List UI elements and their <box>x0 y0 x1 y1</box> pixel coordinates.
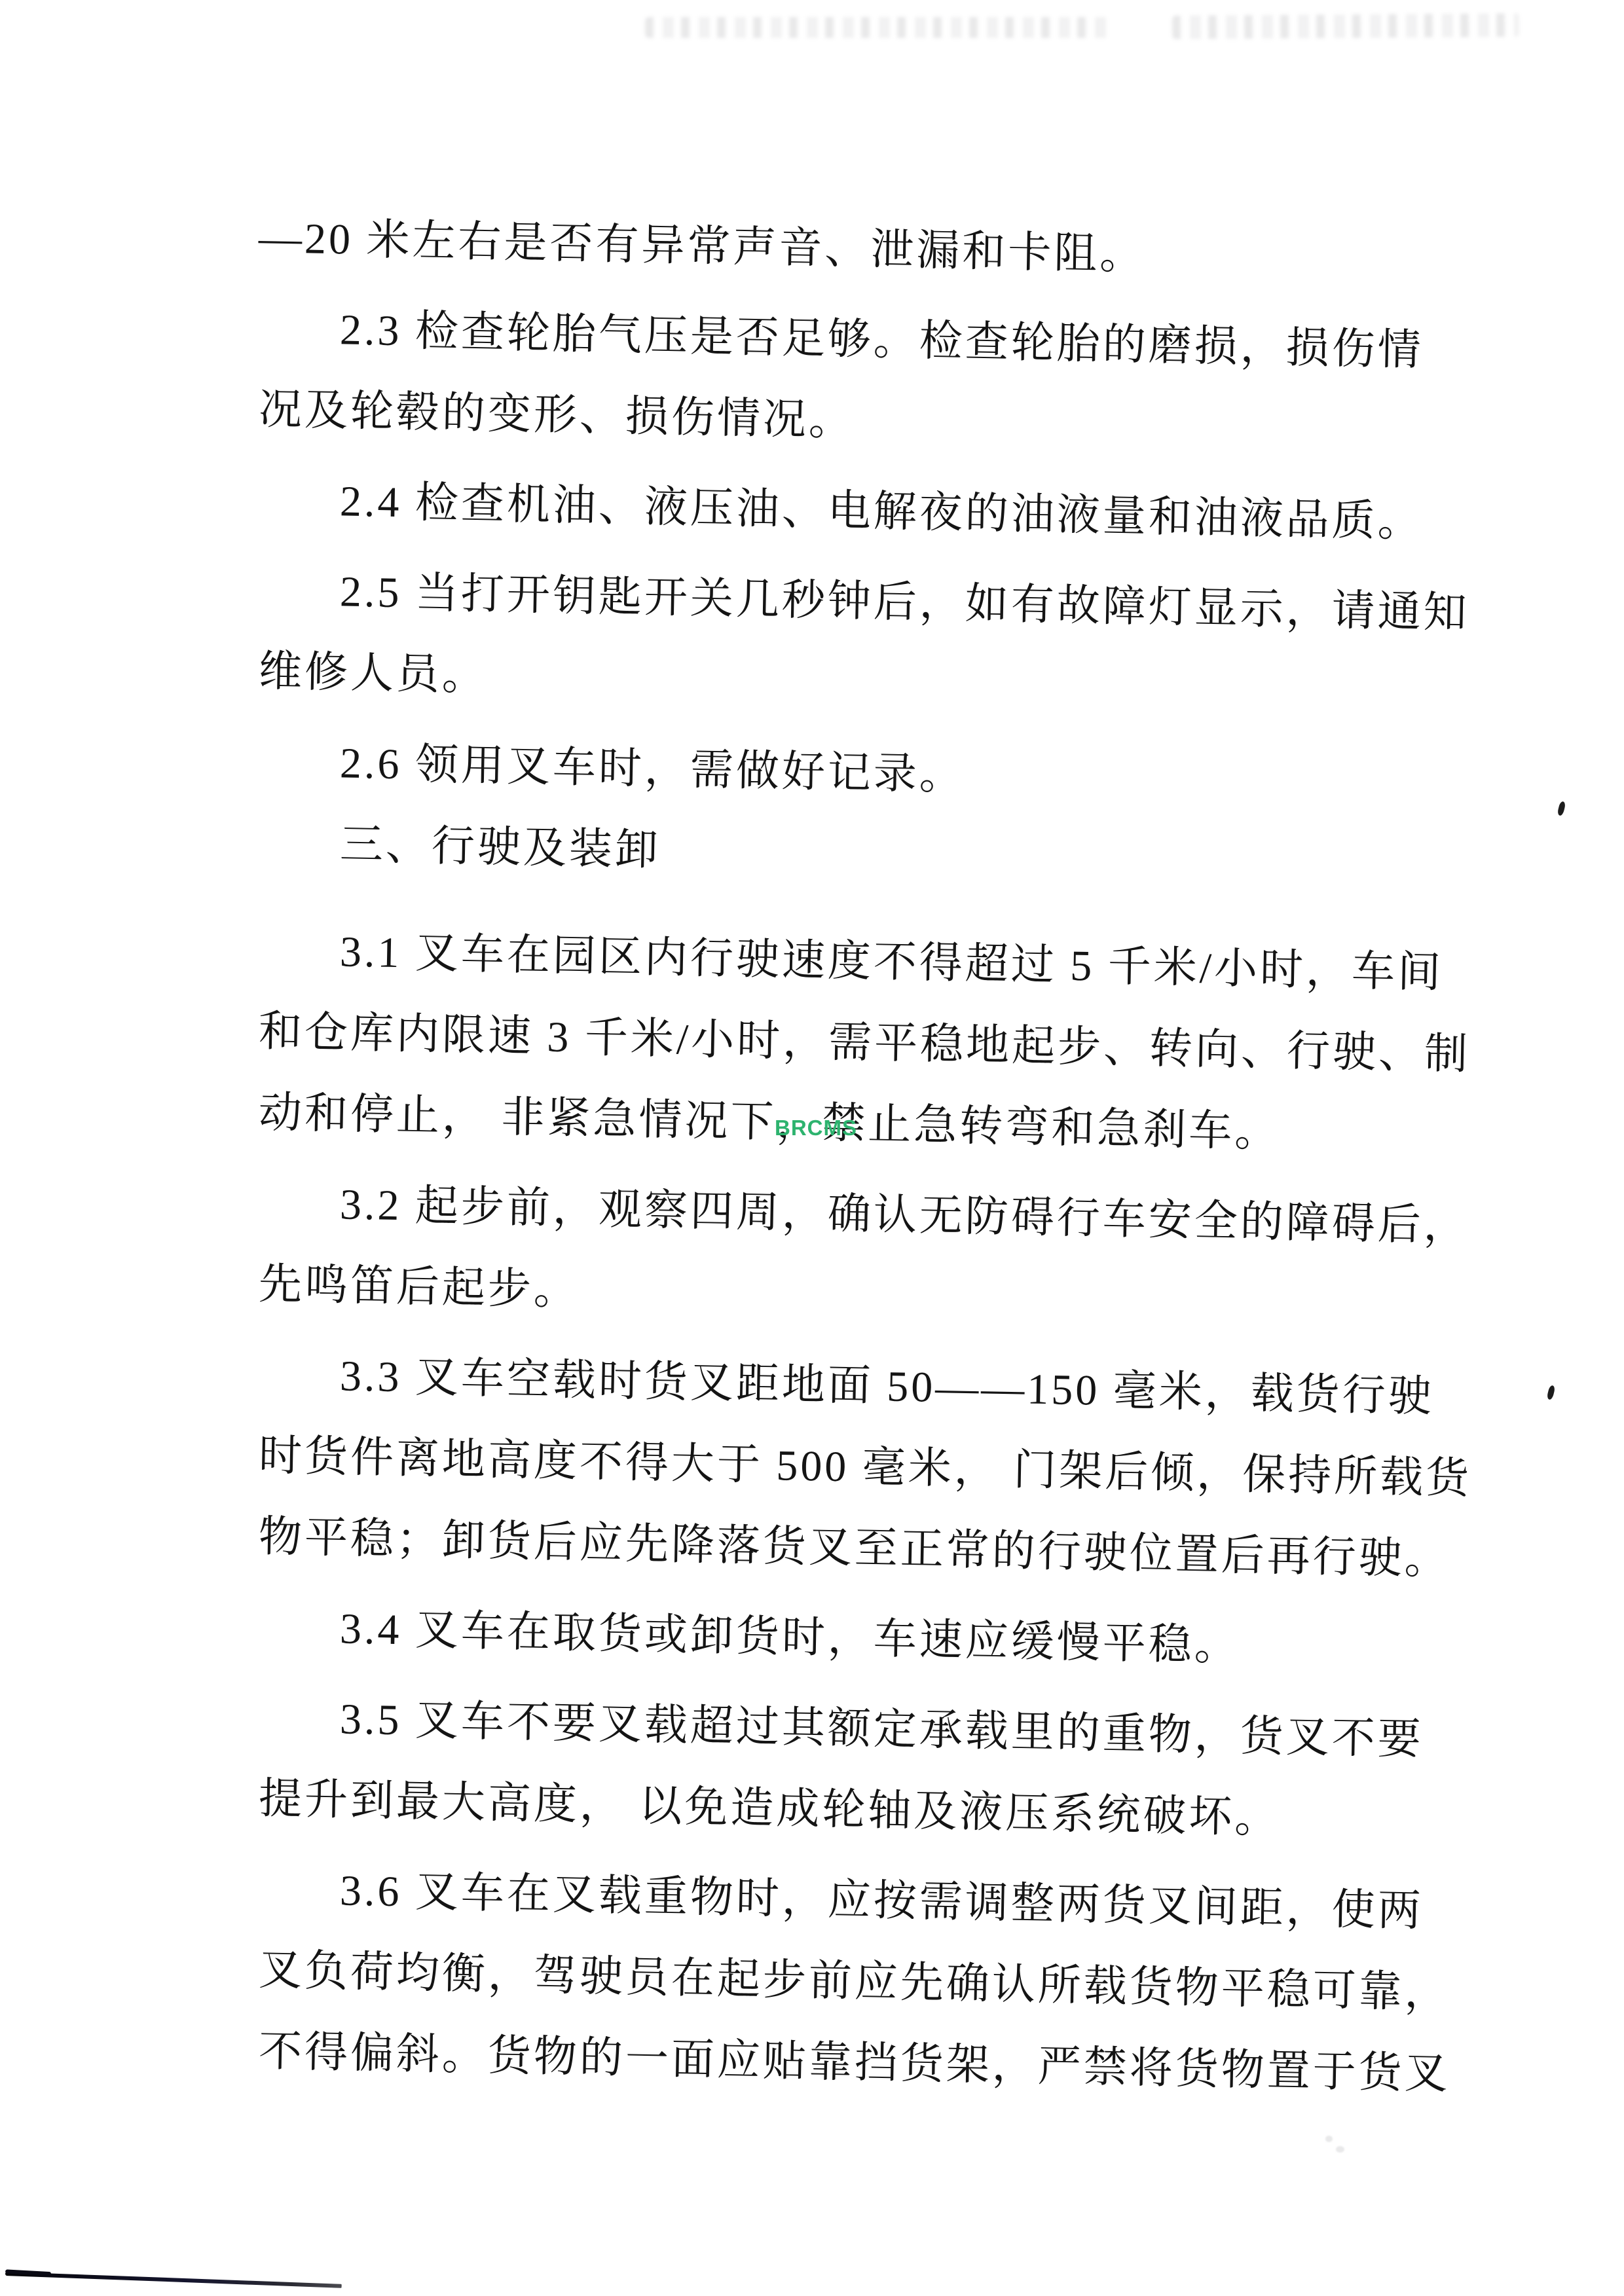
paragraph: 2.3 检查轮胎气压是否足够。检查轮胎的磨损，损伤情况及轮毂的变形、损伤情况。 <box>259 288 1464 450</box>
paragraph: 2.5 当打开钥匙开关几秒钟后，如有故障灯显示，请通知维修人员。 <box>259 550 1464 712</box>
scan-streak-bottom-left <box>5 2272 342 2288</box>
paragraph: 2.4 检查机油、液压油、电解夜的油液量和油液品质。 <box>259 460 1464 541</box>
scanned-document-page: —20 米左右是否有异常声音、泄漏和卡阻。2.3 检查轮胎气压是否足够。检查轮胎… <box>0 0 1624 2296</box>
paragraph: 3.4 叉车在取货或卸货时，车速应缓慢平稳。 <box>259 1587 1464 1668</box>
paragraph: —20 米左右是否有异常声音、泄漏和卡阻。 <box>259 198 1464 279</box>
paragraph: 3.6 叉车在叉载重物时，应按需调整两货叉间距，使两叉负荷均衡，驾驶员在起步前应… <box>259 1849 1464 2092</box>
text-line: 2.4 检查机油、液压油、电解夜的油液量和油液品质。 <box>258 460 1464 564</box>
paragraph: 3.2 起步前，观察四周，确认无防碍行车安全的障碍后，先鸣笛后起步。 <box>259 1163 1464 1325</box>
paragraph: 3.1 叉车在园区内行驶速度不得超过 5 千米/小时，车间和仓库内限速 3 千米… <box>259 910 1464 1154</box>
text-line: —20 米左右是否有异常声音、泄漏和卡阻。 <box>258 198 1464 302</box>
bleed-through-top-left <box>645 17 1113 38</box>
ink-speck-right-margin-2 <box>1546 1385 1555 1400</box>
brcms-watermark: BRCMS <box>775 1116 857 1140</box>
document-body: —20 米左右是否有异常声音、泄漏和卡阻。2.3 检查轮胎气压是否足够。检查轮胎… <box>259 198 1464 2092</box>
faint-speck-2 <box>1336 2146 1344 2153</box>
bleed-through-top-right <box>1172 13 1519 39</box>
text-line: 3.4 叉车在取货或卸货时，车速应缓慢平稳。 <box>258 1587 1464 1691</box>
paragraph: 3.3 叉车空载时货叉距地面 50——150 毫米，载货行驶时货件离地高度不得大… <box>259 1334 1464 1578</box>
ink-speck-right-margin-1 <box>1557 801 1566 816</box>
faint-speck-1 <box>1325 2136 1333 2142</box>
paragraph: 3.5 叉车不要叉载超过其额定承载里的重物，货叉不要提升到最大高度， 以免造成轮… <box>259 1677 1464 1840</box>
paragraph: 2.6 领用叉车时，需做好记录。 <box>259 721 1464 803</box>
